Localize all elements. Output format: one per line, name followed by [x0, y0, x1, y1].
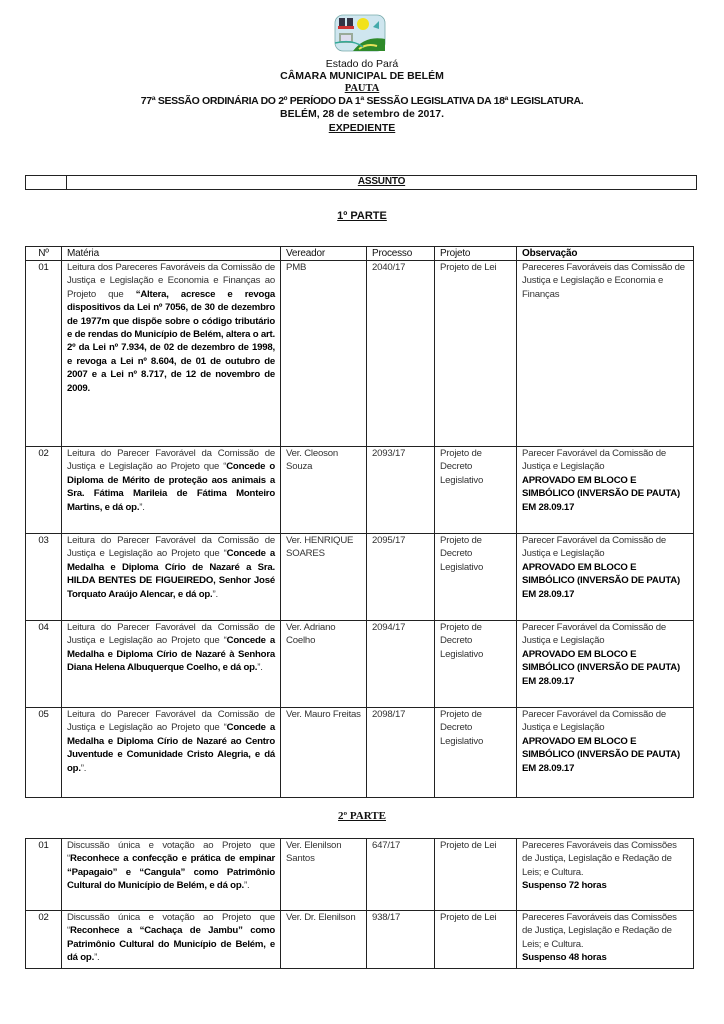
processo-cell: 938/17: [367, 911, 435, 969]
materia-cell: Leitura do Parecer Favorável da Comissão…: [62, 708, 281, 798]
col-header-numero: Nº: [26, 247, 62, 261]
parte2-title: 2º PARTE: [0, 810, 724, 822]
projeto-cell: Projeto de Decreto Legislativo: [435, 621, 517, 708]
row-number: 04: [26, 621, 62, 708]
observacao-cell: Parecer Favorável da Comissão de Justiça…: [517, 534, 694, 621]
observacao-cell: Pareceres Favoráveis das Comissões de Ju…: [517, 911, 694, 969]
row-number: 01: [26, 839, 62, 911]
processo-cell: 2095/17: [367, 534, 435, 621]
section-expediente: EXPEDIENTE: [0, 122, 724, 135]
materia-cell: Leitura do Parecer Favorável da Comissão…: [62, 621, 281, 708]
col-header-vereador: Vereador: [281, 247, 367, 261]
assunto-blank-cell: [26, 176, 67, 190]
projeto-cell: Projeto de Decreto Legislativo: [435, 447, 517, 534]
table-row: 02 Discussão única e votação ao Projeto …: [26, 911, 694, 969]
table-row: 01 Leitura dos Pareceres Favoráveis da C…: [26, 261, 694, 447]
projeto-cell: Projeto de Lei: [435, 839, 517, 911]
processo-cell: 2098/17: [367, 708, 435, 798]
col-header-materia: Matéria: [62, 247, 281, 261]
assunto-table: ASSUNTO: [25, 175, 697, 190]
materia-cell: Leitura dos Pareceres Favoráveis da Comi…: [62, 261, 281, 447]
assunto-header: ASSUNTO: [67, 176, 697, 190]
table-header-row: Nº Matéria Vereador Processo Projeto Obs…: [26, 247, 694, 261]
vereador-cell: Ver. Dr. Elenilson: [281, 911, 367, 969]
table-row: 05 Leitura do Parecer Favorável da Comis…: [26, 708, 694, 798]
observacao-cell: Parecer Favorável da Comissão de Justiça…: [517, 447, 694, 534]
parte2-table: 01 Discussão única e votação ao Projeto …: [25, 838, 694, 969]
row-number: 02: [26, 911, 62, 969]
col-header-processo: Processo: [367, 247, 435, 261]
session-date: BELÉM, 28 de setembro de 2017.: [0, 108, 724, 121]
processo-cell: 2094/17: [367, 621, 435, 708]
processo-cell: 2093/17: [367, 447, 435, 534]
processo-cell: 2040/17: [367, 261, 435, 447]
parte1-title: 1º PARTE: [0, 210, 724, 222]
vereador-cell: Ver. Mauro Freitas: [281, 708, 367, 798]
observacao-cell: Parecer Favorável da Comissão de Justiça…: [517, 708, 694, 798]
session-title: 77ª SESSÃO ORDINÁRIA DO 2º PERÍODO DA 1ª…: [0, 95, 724, 108]
table-row: 04 Leitura do Parecer Favorável da Comis…: [26, 621, 694, 708]
col-header-observacao: Observação: [517, 247, 694, 261]
processo-cell: 647/17: [367, 839, 435, 911]
table-row: 01 Discussão única e votação ao Projeto …: [26, 839, 694, 911]
vereador-cell: Ver. Elenilson Santos: [281, 839, 367, 911]
projeto-cell: Projeto de Decreto Legislativo: [435, 708, 517, 798]
vereador-cell: Ver. HENRIQUE SOARES: [281, 534, 367, 621]
row-number: 05: [26, 708, 62, 798]
parte1-table: Nº Matéria Vereador Processo Projeto Obs…: [25, 246, 694, 798]
vereador-cell: Ver. Adriano Coelho: [281, 621, 367, 708]
observacao-cell: Parecer Favorável da Comissão de Justiça…: [517, 621, 694, 708]
materia-cell: Leitura do Parecer Favorável da Comissão…: [62, 534, 281, 621]
row-number: 02: [26, 447, 62, 534]
coat-of-arms-logo: [333, 13, 387, 53]
table-row: 02 Leitura do Parecer Favorável da Comis…: [26, 447, 694, 534]
col-header-projeto: Projeto: [435, 247, 517, 261]
vereador-cell: PMB: [281, 261, 367, 447]
projeto-cell: Projeto de Lei: [435, 261, 517, 447]
materia-cell: Discussão única e votação ao Projeto que…: [62, 839, 281, 911]
row-number: 01: [26, 261, 62, 447]
row-number: 03: [26, 534, 62, 621]
vereador-cell: Ver. Cleoson Souza: [281, 447, 367, 534]
projeto-cell: Projeto de Lei: [435, 911, 517, 969]
table-row: 03 Leitura do Parecer Favorável da Comis…: [26, 534, 694, 621]
document-type: PAUTA: [0, 82, 724, 95]
materia-cell: Discussão única e votação ao Projeto que…: [62, 911, 281, 969]
materia-cell: Leitura do Parecer Favorável da Comissão…: [62, 447, 281, 534]
observacao-cell: Pareceres Favoráveis das Comissões de Ju…: [517, 839, 694, 911]
observacao-cell: Pareceres Favoráveis das Comissão de Jus…: [517, 261, 694, 447]
projeto-cell: Projeto de Decreto Legislativo: [435, 534, 517, 621]
